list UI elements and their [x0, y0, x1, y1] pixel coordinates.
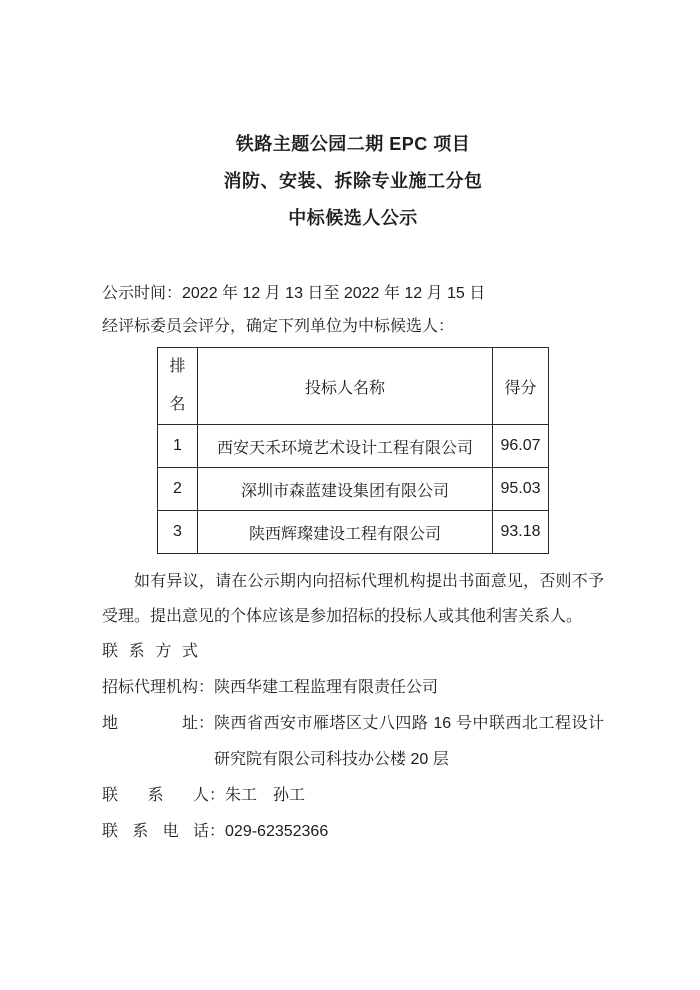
phone-colon: ： — [209, 814, 225, 850]
contact-person-value: 朱工 孙工 — [225, 787, 305, 804]
address-value: 陕西省西安市雁塔区丈八四路 16 号中联西北工程设计研究院有限公司科技办公楼 2… — [214, 706, 604, 778]
document-page: 铁路主题公园二期 EPC 项目 消防、安装、拆除专业施工分包 中标候选人公示 公… — [0, 0, 700, 990]
agency-line: 招标代理机构：陕西华建工程监理有限责任公司 — [102, 670, 604, 706]
agency-value: 陕西华建工程监理有限责任公司 — [214, 679, 438, 696]
phone-value: 029-62352366 — [225, 823, 328, 840]
contact-section-title: 联系方式 — [102, 634, 604, 670]
score-cell: 95.03 — [493, 468, 549, 511]
bidder-name-cell: 深圳市森蓝建设集团有限公司 — [198, 468, 493, 511]
bid-candidates-table: 排名 投标人名称 得分 1 西安天禾环境艺术设计工程有限公司 96.07 2 深… — [157, 347, 549, 554]
header-bidder-cell: 投标人名称 — [198, 348, 493, 425]
intro-line: 经评标委员会评分，确定下列单位为中标候选人： — [102, 310, 604, 343]
header-score-cell: 得分 — [493, 348, 549, 425]
person-colon: ： — [209, 778, 225, 814]
objection-notice: 如有异议，请在公示期内向招标代理机构提出书面意见，否则不予受理。提出意见的个体应… — [102, 564, 604, 634]
contact-section-label: 联系方式 — [102, 634, 198, 670]
rank-cell: 3 — [158, 511, 198, 554]
bidder-name-cell: 西安天禾环境艺术设计工程有限公司 — [198, 425, 493, 468]
agency-label: 招标代理机构 — [102, 670, 198, 706]
rank-cell: 1 — [158, 425, 198, 468]
doc-title-line3: 中标候选人公示 — [102, 200, 604, 237]
phone-line: 联系电话：029-62352366 — [102, 814, 604, 850]
phone-label: 联系电话 — [102, 814, 209, 850]
publicity-period-line: 公示时间：2022 年 12 月 13 日至 2022 年 12 月 15 日 — [102, 277, 604, 310]
doc-title-line2: 消防、安装、拆除专业施工分包 — [102, 163, 604, 200]
score-cell: 96.07 — [493, 425, 549, 468]
score-cell: 93.18 — [493, 511, 549, 554]
address-colon: ： — [198, 706, 214, 742]
contact-person-line: 联系人：朱工 孙工 — [102, 778, 604, 814]
table-row: 3 陕西辉璨建设工程有限公司 93.18 — [158, 511, 549, 554]
doc-title-line1: 铁路主题公园二期 EPC 项目 — [102, 126, 604, 163]
header-rank-label: 排名 — [169, 348, 187, 424]
table-row: 1 西安天禾环境艺术设计工程有限公司 96.07 — [158, 425, 549, 468]
rank-cell: 2 — [158, 468, 198, 511]
contact-person-label: 联系人 — [102, 778, 209, 814]
address-label: 地址 — [102, 706, 198, 742]
bidder-name-cell: 陕西辉璨建设工程有限公司 — [198, 511, 493, 554]
table-row: 2 深圳市森蓝建设集团有限公司 95.03 — [158, 468, 549, 511]
table-header-row: 排名 投标人名称 得分 — [158, 348, 549, 425]
header-rank-cell: 排名 — [158, 348, 198, 425]
address-line: 地址：陕西省西安市雁塔区丈八四路 16 号中联西北工程设计研究院有限公司科技办公… — [102, 706, 604, 778]
agency-colon: ： — [198, 670, 214, 706]
